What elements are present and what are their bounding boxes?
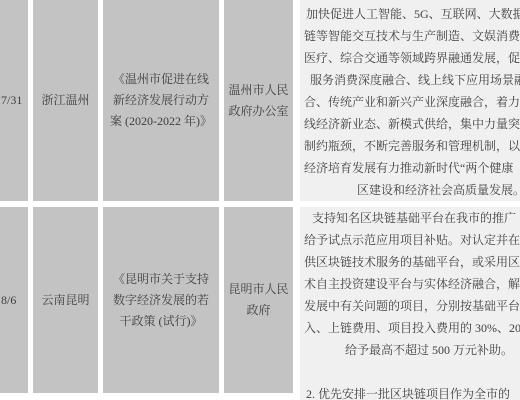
content-line: 经济培育发展有力推动新时代“两个健康 <box>304 157 520 179</box>
date-cell: 8/6 <box>0 207 28 393</box>
content-line: 线经济新业态、新模式供给，集中力量突 <box>304 113 520 135</box>
content-line: 入、上链费用、项目投入费用的 30%、20% <box>304 317 520 339</box>
policy-title-line: 干政策 (试行)》 <box>120 311 203 332</box>
content-line: 医疗、综合交通等领域跨界融通发展，促 <box>304 47 520 69</box>
policy-title-line: 案 (2020-2022 年)》 <box>110 111 212 132</box>
issuer-line: 政府办公室 <box>228 101 288 122</box>
issuer-cell: 昆明市人民 政府 <box>224 207 293 393</box>
issuer-line: 温州市人民 <box>228 80 288 101</box>
region-text: 云南昆明 <box>41 290 89 311</box>
policy-content-cell: 加快促进人工智能、5G、互联网、大数据 链等智能交互技术与生产制造、文娱消费 医… <box>300 0 520 201</box>
content-line: 发展中有关问题的项目，分别按基础平台 <box>304 295 520 317</box>
content-line: 区建设和经济社会高质量发展。 <box>357 179 520 201</box>
date-cell: 7/31 <box>0 0 28 201</box>
content-line: 服务消费深度融合、线上线下应用场景融 <box>310 69 520 91</box>
date-text: 8/6 <box>1 290 16 311</box>
content-line: 加快促进人工智能、5G、互联网、大数据 <box>306 3 520 25</box>
content-line: 合、传统产业和新兴产业深度融合，着力 <box>304 91 520 113</box>
issuer-line: 政府 <box>246 300 270 321</box>
content-line: 给予最高不超过 500 万元补助。 <box>345 339 520 361</box>
content-line: 给予试点示范应用项目补贴。对认定并在 <box>304 229 520 251</box>
policy-content-cell: 支持知名区块链基础平台在我市的推广 给予试点示范应用项目补贴。对认定并在 供区块… <box>300 207 520 400</box>
date-text: 7/31 <box>1 90 22 111</box>
content-line: 2. 优先安排一批区块链项目作为全市的 <box>306 383 520 400</box>
content-line: 支持知名区块链基础平台在我市的推广 <box>312 207 520 229</box>
region-text: 浙江温州 <box>41 90 89 111</box>
content-line: 供区块链技术服务的基础平台，或采用区 <box>304 251 520 273</box>
policy-title-line: 数字经济发展的若 <box>113 290 209 311</box>
content-line: 术自主投资建设平台与实体经济融合，解 <box>304 273 520 295</box>
content-line: 制约瓶颈，不断完善服务和管理机制，以 <box>304 135 520 157</box>
region-cell: 浙江温州 <box>33 0 98 201</box>
issuer-cell: 温州市人民 政府办公室 <box>224 0 293 201</box>
content-line: 链等智能交互技术与生产制造、文娱消费 <box>304 25 520 47</box>
region-cell: 云南昆明 <box>33 207 98 393</box>
issuer-line: 昆明市人民 <box>228 279 288 300</box>
policy-title-line: 《昆明市关于支持 <box>113 269 209 290</box>
content-line <box>304 361 520 383</box>
policy-title-cell: 《昆明市关于支持 数字经济发展的若 干政策 (试行)》 <box>103 207 219 393</box>
policy-title-line: 《温州市促进在线 <box>113 69 209 90</box>
policy-title-cell: 《温州市促进在线 新经济发展行动方 案 (2020-2022 年)》 <box>103 0 219 201</box>
policy-title-line: 新经济发展行动方 <box>113 90 209 111</box>
